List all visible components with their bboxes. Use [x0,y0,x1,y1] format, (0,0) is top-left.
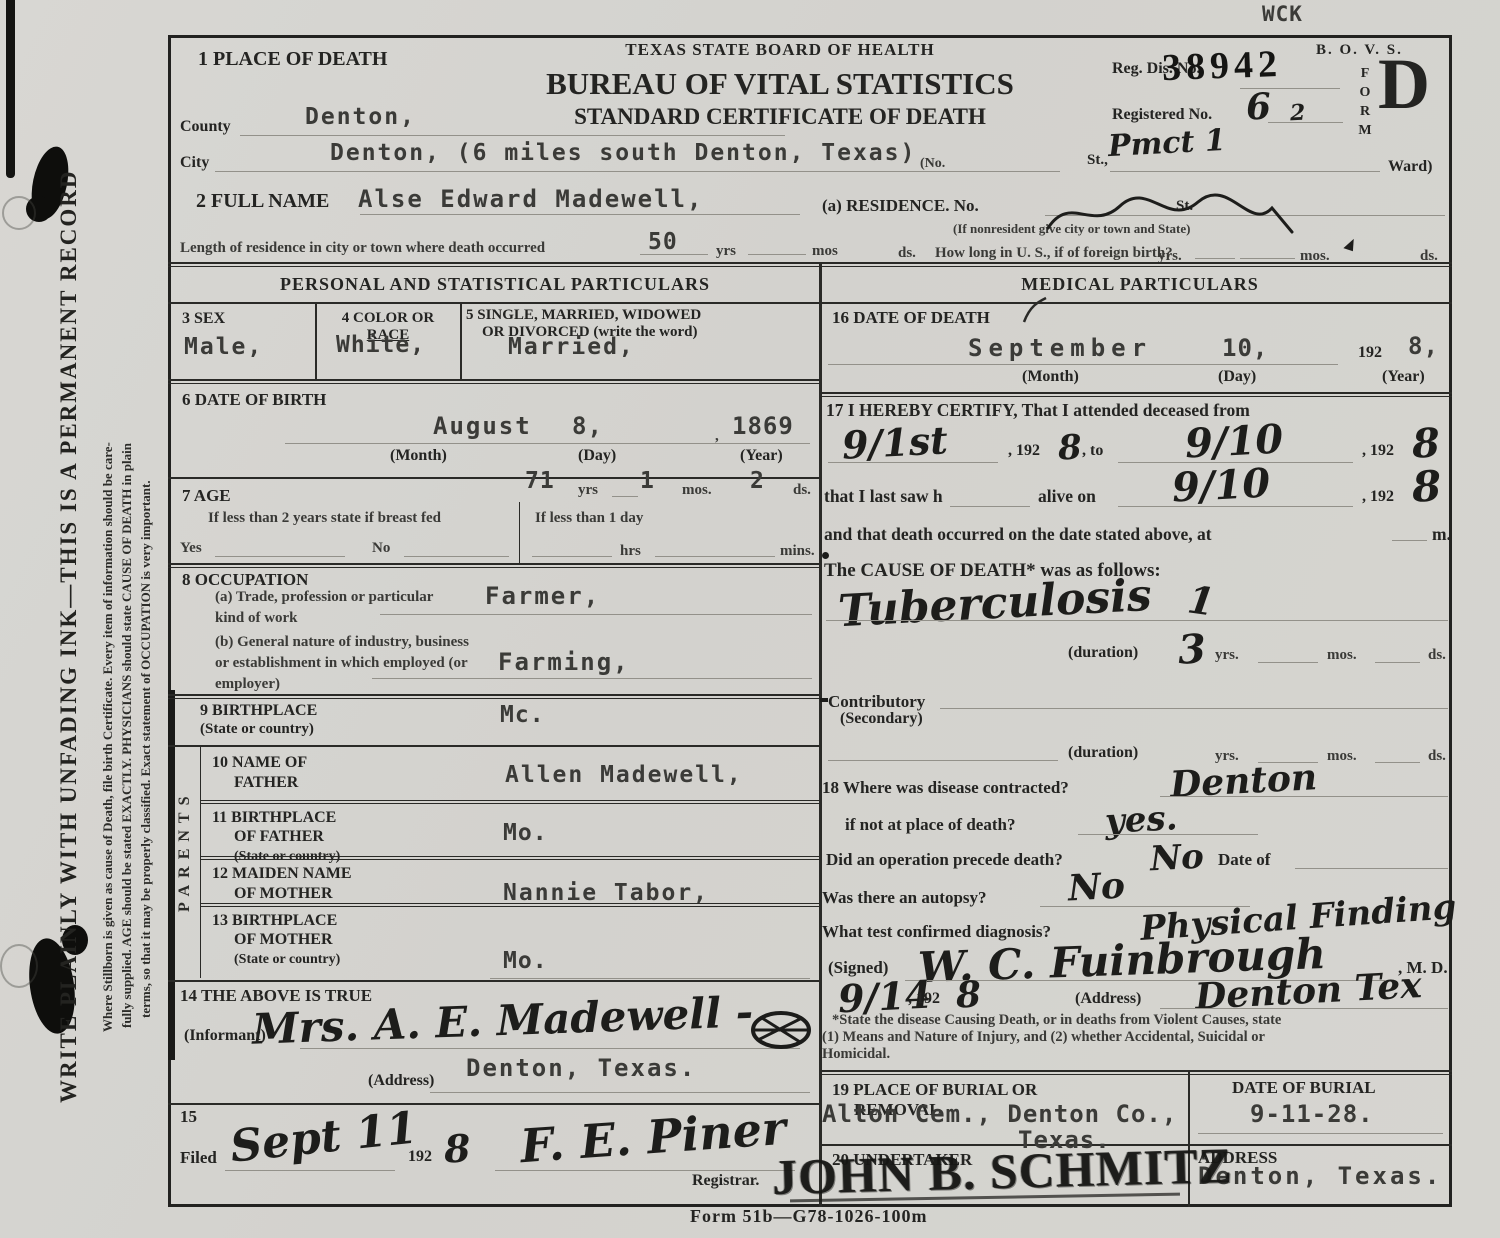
rule [168,563,820,568]
death-occurred-statement: and that death occurred on the date stat… [824,524,1212,545]
fill-line [940,708,1448,709]
fill-line [1258,662,1318,663]
duration2-caption: (duration) [1068,744,1138,762]
last-saw-label: that I last saw h [824,486,943,507]
fill-line [655,556,775,557]
burial-date-label: DATE OF BURIAL [1232,1078,1376,1098]
fill-line [748,254,806,255]
fill-line [950,506,1030,507]
full-name-label: 2 FULL NAME [196,190,329,213]
year3-handwritten: 8 [1411,461,1443,511]
residence-label: (a) RESIDENCE. No. [822,196,979,216]
father-birthplace-value: Mo. [503,820,548,846]
fill-line [285,443,810,444]
fill-line [1198,1133,1443,1134]
not-at-place-question: if not at place of death? [845,815,1015,835]
fill-line [380,614,812,615]
age-ds-caption: ds. [793,482,811,499]
footnote-line3: Homicidal. [822,1046,890,1063]
yrs-caption: yrs [716,243,736,260]
fill-line [1375,762,1420,763]
rule [168,694,820,699]
fill-line [828,760,1058,761]
rule [168,379,820,384]
fill-line [1195,258,1235,259]
duration2-mos-caption: mos. [1327,748,1357,765]
fill-line [826,620,1448,621]
cell-divider [519,502,520,565]
duration-ds-caption: ds. [1428,647,1446,664]
birthplace-value: Mc. [500,702,545,728]
age-days-value: 2 [750,468,765,494]
signed-year-printed: , 192 [908,990,940,1008]
dod-label: 16 DATE OF DEATH [832,308,990,328]
attended-to-handwritten: 9/10 [1184,415,1284,467]
date-of-label: Date of [1218,850,1270,870]
duration2-ds-caption: ds. [1428,748,1446,765]
certify-statement: 17 I HEREBY CERTIFY, That I attended dec… [826,400,1250,421]
bullet-mark [822,552,829,559]
margin-note-line3: terms, so that it may be properly classi… [138,480,154,1018]
rule [200,859,820,860]
mother-name-label: 12 MAIDEN NAME OF MOTHER [212,864,352,904]
form-number-caption: Form 51b—G78-1026-100m [690,1206,927,1227]
autopsy-handwritten: No [1067,865,1126,910]
parents-vertical-label: PARENTS [176,790,194,913]
precinct-handwritten: Pmct 1 [1107,123,1226,164]
dob-label: 6 DATE OF BIRTH [182,390,326,410]
rule [200,800,820,801]
full-name-value: Alse Edward Madewell, [358,185,703,213]
year1-printed: , 192 [1008,442,1040,460]
form-d-letter: D [1378,48,1430,120]
no-option-caption: No [372,540,390,557]
mother-birthplace-value: Mo. [503,948,548,974]
rule [200,803,820,804]
fill-line [404,556,509,557]
footnote-line1: *State the disease Causing Death, or in … [832,1012,1281,1029]
lessday-note: If less than 1 day [535,510,643,527]
form-vertical-label: F O R M [1358,64,1372,140]
fill-line [495,1170,795,1171]
m-caption: m. [1432,524,1451,545]
rule [200,906,820,907]
registered-no-label: Registered No. [1112,106,1212,124]
age-yrs-caption: yrs [578,482,598,499]
duration-caption: (duration) [1068,644,1138,662]
fill-line [430,1092,810,1093]
rule [168,302,1452,304]
disease-contracted-question: 18 Where was disease contracted? [822,778,1069,798]
burial-date-value: 9-11-28. [1250,1100,1374,1128]
rule [168,745,820,747]
form-letter-o: O [1360,85,1371,100]
sex-label: 3 SEX [182,310,225,328]
filed-year-handwritten: 8 [443,1125,472,1171]
attended-from-handwritten: 9/1st [841,417,949,467]
dod-day-value: 10, [1222,334,1268,362]
city-value: Denton, (6 miles south Denton, Texas) [330,140,916,166]
filed-label: Filed [180,1148,217,1168]
breastfed-note: If less than 2 years state if breast fed [208,510,441,527]
fill-line [490,978,810,979]
signed-address-caption: (Address) [1075,990,1141,1008]
certificate-title: STANDARD CERTIFICATE OF DEATH [470,104,1090,130]
year-caption: (Year) [740,447,783,465]
st-label: St., [1087,152,1108,169]
county-label: County [180,118,231,136]
section-rule [168,262,1452,267]
margin-note-line2: fully supplied. AGE should be stated EXA… [119,443,135,1028]
not-at-place-handwritten: yes. [1104,798,1178,842]
autopsy-question: Was there an autopsy? [822,888,987,908]
fill-line [215,556,345,557]
occupation-b-label: (b) General nature of industry, business… [215,632,485,695]
dod-month-caption: (Month) [1022,368,1079,386]
month-caption: (Month) [390,447,447,465]
fill-line [240,135,785,136]
contributory-label: Contributory [828,692,925,712]
signed-year-handwritten: 8 [955,973,982,1016]
cell-divider [315,302,317,379]
operation-question: Did an operation precede death? [826,850,1063,870]
mins-caption: mins. [780,543,815,560]
registrar-caption: Registrar. [692,1172,759,1190]
fill-line [532,556,612,557]
medical-section-title: MEDICAL PARTICULARS [860,274,1420,295]
year1-handwritten: 8 [1057,427,1083,468]
fill-line [372,678,812,679]
fill-line [828,462,998,463]
father-name-value: Allen Madewell, [505,762,743,788]
hrs-caption: hrs [620,543,641,560]
rule [822,392,1452,397]
rule [168,477,820,479]
secondary-caption: (Secondary) [840,710,923,728]
birthplace-sub: (State or country) [200,721,314,738]
dod-year-caption: (Year) [1382,368,1425,386]
cell-divider [460,302,462,379]
father-name-label: 10 NAME OF FATHER [212,753,307,793]
occupation-a-value: Farmer, [485,582,600,610]
dod-month-value: September [968,334,1152,362]
year3-printed: , 192 [1362,488,1394,506]
mos-caption: mos [812,243,838,260]
form-letter-r: R [1360,104,1370,119]
column-divider [819,262,822,1207]
registration-number-stamp: 38942 [1161,42,1282,90]
dob-year-value: 1869 [732,412,794,440]
hole-punch-ring [0,944,38,988]
dob-day-value: 8, [572,412,603,440]
handwriting-scribble [1040,188,1300,240]
rule [200,903,820,904]
personal-section-title: PERSONAL AND STATISTICAL PARTICULARS [200,274,790,295]
length-residence-value: 50 [648,229,678,255]
length-residence-label: Length of residence in city or town wher… [180,240,545,257]
parents-strip-divider [200,745,201,978]
board-title: TEXAS STATE BOARD OF HEALTH [480,40,1080,60]
county-value: Denton, [305,104,416,130]
form-letter-f: F [1361,66,1370,81]
fill-line [1110,171,1380,172]
scribble-circle-icon [748,1008,814,1052]
dod-year-handwritten: 8, [1408,332,1439,360]
fill-line [1375,662,1420,663]
occupation-b-value: Farming, [498,648,630,676]
form-letter-m: M [1358,123,1371,138]
hole-punch-ring [2,196,36,230]
age-months-value: 1 [640,468,655,494]
fill-line [300,1048,800,1049]
fill-line [1118,506,1353,507]
filed-number-label: 15 [180,1107,197,1127]
address-caption: (Address) [368,1072,434,1090]
fill-line [1160,1008,1448,1009]
informant-caption: (Informant) [184,1027,266,1045]
alive-on-label: alive on [1038,486,1096,507]
to-label: , to [1082,442,1103,460]
mother-birthplace-label: 13 BIRTHPLACE OF MOTHER (State or countr… [212,911,340,969]
margin-warning-text: WRITE PLAINLY WITH UNFADING INK—THIS IS … [56,170,82,1104]
dob-month-value: August [433,412,532,440]
fill-line [1240,258,1295,259]
age-mos-caption: mos. [682,482,712,499]
burial-place-value: Alton Cem., Denton Co., [822,1100,1177,1128]
ds-caption: ds. [898,245,916,262]
dod-day-caption: (Day) [1218,368,1256,386]
color-race-value: White, [336,332,425,358]
rule [200,856,820,857]
last-saw-date-handwritten: 9/10 [1171,459,1271,511]
duration-mos-caption: mos. [1327,647,1357,664]
margin-note-line1: Where Stillborn is given as cause of Dea… [100,442,116,1032]
age-years-value: 71 [525,468,555,494]
year2-printed: , 192 [1362,442,1394,460]
duration-years-handwritten: 3 [1177,625,1207,673]
undertaker-address-value: Denton, Texas. [1198,1162,1442,1190]
fill-line [1160,796,1448,797]
birthplace-label: 9 BIRTHPLACE [200,702,317,720]
howlong-label: How long in U. S., if of foreign birth? [935,245,1173,262]
fill-line [640,254,708,255]
informant-address-value: Denton, Texas. [466,1054,696,1082]
city-label: City [180,154,209,172]
pen-mark [1020,296,1050,326]
filed-year-printed: 192 [408,1148,432,1166]
duration-yrs-caption: yrs. [1215,647,1239,664]
no-caption: (No. [920,156,945,172]
disease-contracted-handwritten: Denton [1169,756,1318,806]
pen-mark [820,698,828,702]
fill-line [612,496,638,497]
death-certificate-scan: WCK WRITE PLAINLY WITH UNFADING INK—THIS… [0,0,1500,1238]
bureau-title: BUREAU OF VITAL STATISTICS [460,66,1100,102]
footnote-line2: (1) Means and Nature of Injury, and (2) … [822,1029,1265,1046]
rule [822,1070,1452,1075]
fill-line [1078,834,1258,835]
father-birthplace-label: 11 BIRTHPLACE OF FATHER (State or countr… [212,808,340,866]
rule [168,980,820,982]
dod-year-printed: 192 [1358,344,1382,362]
ward-label: Ward) [1388,158,1432,176]
day-caption: (Day) [578,447,616,465]
marital-value: Married, [508,334,635,360]
place-of-death-label: 1 PLACE OF DEATH [198,48,387,71]
fill-line [360,214,800,215]
fill-line [828,364,1338,365]
occupation-a-label: (a) Trade, profession or particular kind… [215,587,465,629]
fill-line [1295,868,1448,869]
top-stamp: WCK [1262,2,1303,26]
fill-line [1268,122,1343,123]
sex-value: Male, [184,334,263,360]
operation-handwritten: No [1149,837,1205,880]
scan-edge-mark [6,0,15,178]
fill-line [225,1170,395,1171]
age-label: 7 AGE [182,486,231,506]
yes-caption: Yes [180,540,202,557]
fill-line [1392,540,1427,541]
